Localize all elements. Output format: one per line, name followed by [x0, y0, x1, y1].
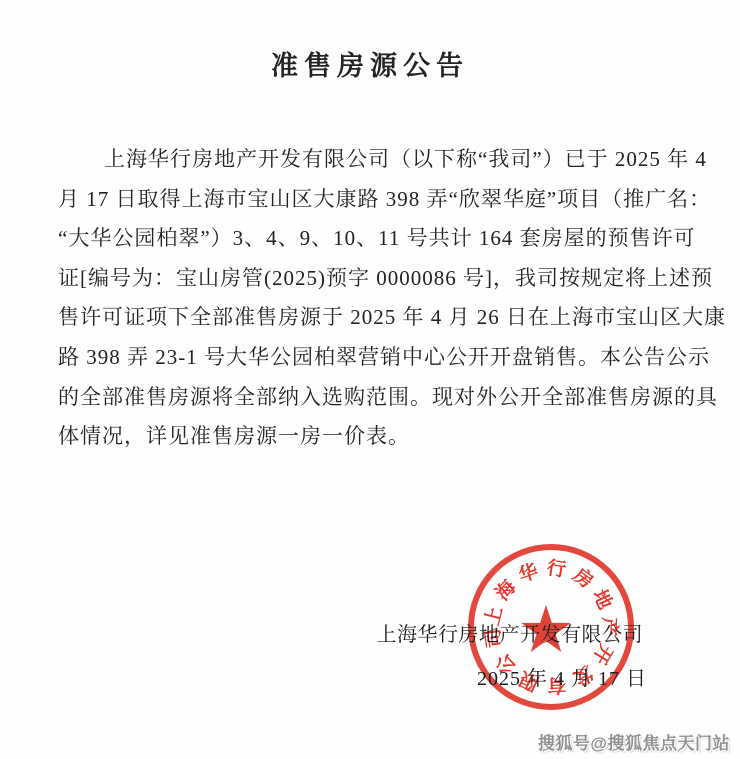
body-line: 上海华行房地产开发有限公司（以下称“我司”）已于 2025 年 4: [58, 140, 678, 180]
sohu-watermark: 搜狐号@搜狐焦点天门站: [538, 729, 730, 754]
body-line: “大华公园柏翠”）3、4、9、10、11 号共计 164 套房屋的预售许可: [58, 219, 678, 259]
body-line: 体情况，详见准售房源一房一价表。: [58, 417, 678, 457]
body-line: 售许可证项下全部准售房源于 2025 年 4 月 26 日在上海市宝山区大康: [58, 298, 678, 338]
body-line: 月 17 日取得上海市宝山区大康路 398 弄“欣翠华庭”项目（推广名：: [58, 180, 678, 220]
signature-date: 2025 年 4 月 17 日: [477, 662, 647, 691]
body-line: 的全部准售房源将全部纳入选购范围。现对外公开全部准售房源的具: [58, 378, 678, 418]
document-title: 准售房源公告: [0, 0, 740, 86]
body-line: 路 398 弄 23-1 号大华公园柏翠营销中心公开开盘销售。本公告公示: [58, 338, 678, 378]
signature-company: 上海华行房地产开发有限公司: [377, 618, 644, 647]
body-line: 证[编号为：宝山房管(2025)预字 0000086 号]，我司按规定将上述预: [58, 259, 678, 299]
document-body: 上海华行房地产开发有限公司（以下称“我司”）已于 2025 年 4 月 17 日…: [58, 140, 678, 457]
announcement-document: 准售房源公告 上海华行房地产开发有限公司（以下称“我司”）已于 2025 年 4…: [0, 0, 740, 759]
